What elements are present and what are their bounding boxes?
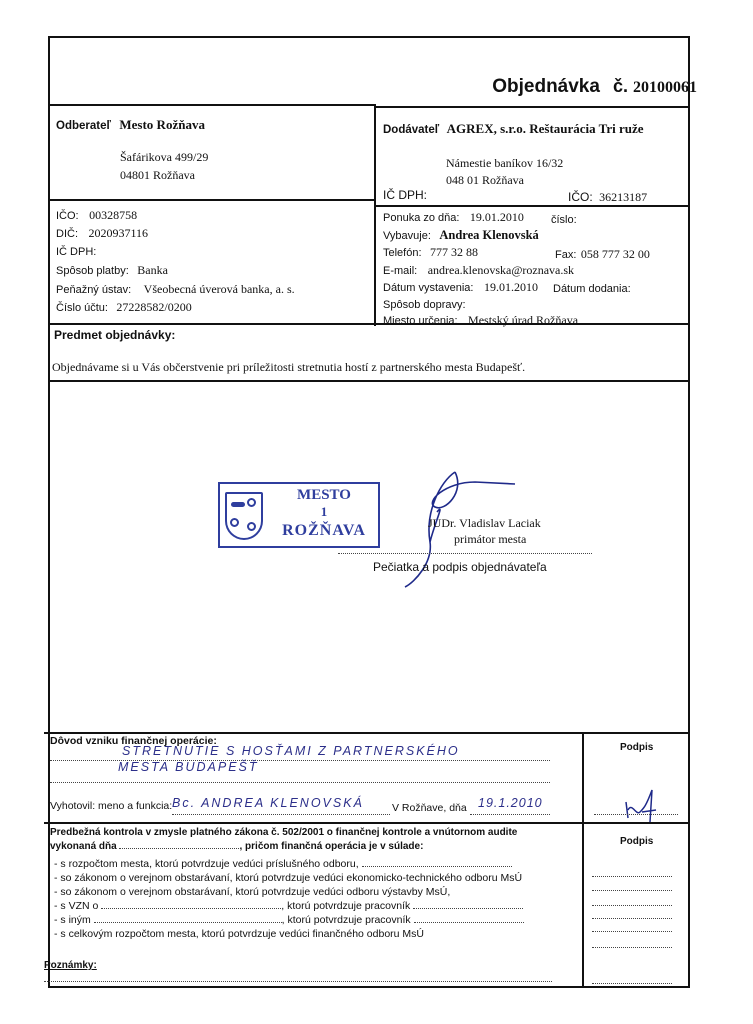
destination: Miesto určenia: Mestský úrad Rožňava [383,311,578,329]
customer-heading: Odberateľ Mesto Rožňava [56,116,205,134]
control-intro-1: Predbežná kontrola v zmysle platného zák… [50,827,517,838]
divider [48,323,690,325]
reason-line-1: STRETNUTIE S HOSŤAMI Z PARTNERSKÉHO [122,744,460,758]
divider [48,104,374,106]
offer-date: Ponuka zo dňa: 19.01.2010 [383,208,524,226]
customer-city: 04801 Rožňava [120,168,195,183]
customer-bank: Peňažný ústav: Všeobecná úverová banka, … [56,280,295,298]
supplier-ic-dph: IČ DPH: [383,186,427,204]
subject-heading: Predmet objednávky: [54,328,175,342]
divider [48,380,690,382]
supplier-name: AGREX, s.r.o. Reštaurácia Tri ruže [447,121,644,136]
signature-dots [592,947,672,948]
customer-account: Číslo účtu: 27228582/0200 [56,298,192,316]
notes-label: Poznámky: [44,960,97,971]
delivery-date: Dátum dodania: [553,279,631,297]
supplier-heading: Dodávateľ AGREX, s.r.o. Reštaurácia Tri … [383,120,644,138]
signature-caption: Pečiatka a podpis objednávateľa [373,560,547,574]
handled-by: Vybavuje: Andrea Klenovská [383,226,539,244]
supplier-city: 048 01 Rožňava [446,173,524,188]
divider [44,732,690,734]
signature-dots [592,983,672,984]
document-title: Objednávka č. 20100061 [492,76,697,98]
control-item-1: - s rozpočtom mesta, ktorú potvrdzuje ve… [54,858,512,870]
notes-dots [44,981,552,982]
customer-dic: DIČ: 2020937116 [56,224,148,242]
divider [44,822,690,824]
customer-ic-dph: IČ DPH: [56,242,96,260]
control-item-4: - s VZN o , ktorú potvrdzuje pracovník [54,900,523,912]
coat-of-arms-icon [225,492,263,540]
signature-line [338,553,592,554]
reason-dots-2 [50,782,550,783]
stamp-line-2: 1 [274,504,374,520]
signature-dots [592,918,672,919]
control-item-3: - so zákonom o verejnom obstarávaní, kto… [54,886,450,898]
signer-name: JUDr. Vladislav Laciak [428,516,541,531]
customer-ico: IČO: 00328758 [56,206,137,224]
control-item-5: - s iným , ktorú potvrdzuje pracovník [54,914,524,926]
place-date: 19.1.2010 [478,796,543,810]
order-number: 20100061 [633,79,697,96]
signature-dots [592,890,672,891]
place-label: V Rožňave, dňa [392,802,467,814]
date-dots [470,814,550,815]
divider [48,199,374,201]
stamp-line-3: ROŽŇAVA [274,522,374,540]
control-item-2: - so zákonom o verejnom obstarávaní, kto… [54,872,522,884]
signature-dots-1 [594,814,678,815]
signature-label-1: Podpis [620,742,653,753]
signature-dots [592,931,672,932]
prepared-label: Vyhotovil: meno a funkcia: [50,800,172,812]
control-item-6: - s celkovým rozpočtom mesta, ktorú potv… [54,928,424,940]
signer-role: primátor mesta [454,532,526,547]
customer-street: Šafárikova 499/29 [120,150,208,165]
customer-name: Mesto Rožňava [119,117,205,132]
divider [582,732,584,988]
initials-signature-icon [622,782,662,824]
signature-label-2: Podpis [620,836,653,847]
official-stamp: MESTO 1 ROŽŇAVA [218,482,380,548]
customer-payment: Spôsob platby: Banka [56,261,168,279]
phone: Telefón: 777 32 88 [383,243,478,261]
supplier-street: Námestie baníkov 16/32 [446,156,563,171]
stamp-line-1: MESTO [274,487,374,504]
signature-dots [592,905,672,906]
issue-date: Dátum vystavenia: 19.01.2010 [383,278,538,296]
signature-dots [592,876,672,877]
title-word: Objednávka [492,76,600,97]
supplier-ico: IČO: 36213187 [568,188,647,206]
email: E-mail: andrea.klenovska@roznava.sk [383,261,574,279]
title-number-label: č. [613,76,628,96]
reason-line-2: MESTA BUDAPEŠŤ [118,760,259,774]
prepared-dots [172,814,390,815]
prepared-value: Bc. ANDREA KLENOVSKÁ [172,796,364,810]
subject-text: Objednávame si u Vás občerstvenie pri pr… [52,360,525,375]
divider [374,104,376,326]
offer-number: číslo: [551,210,577,228]
divider [374,106,690,108]
control-intro-2: vykonaná dňa , pričom finančná operácia … [50,841,423,852]
